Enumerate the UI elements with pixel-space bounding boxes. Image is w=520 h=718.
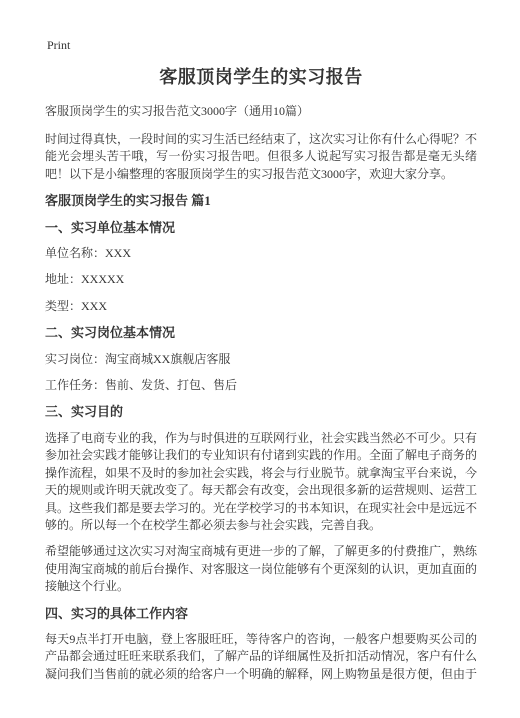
- body-paragraph: 单位名称：XXX: [45, 245, 477, 262]
- document-body: 时间过得真快，一段时间的实习生活已经结束了，这次实习让你有什么心得呢？不能光会埋…: [45, 131, 477, 683]
- body-paragraph: 实习岗位：淘宝商城XX旗舰店客服: [45, 351, 477, 368]
- body-paragraph: 时间过得真快，一段时间的实习生活已经结束了，这次实习让你有什么心得呢？不能光会埋…: [45, 131, 477, 183]
- section-heading: 三、实习目的: [45, 403, 477, 420]
- section-heading: 二、实习岗位基本情况: [45, 324, 477, 341]
- body-paragraph: 选择了电商专业的我，作为与时俱进的互联网行业，社会实践当然必不可少。只有参加社会…: [45, 430, 477, 534]
- section-heading: 四、实习的具体工作内容: [45, 605, 477, 622]
- section-heading: 一、实习单位基本情况: [45, 219, 477, 236]
- section-heading: 客服顶岗学生的实习报告 篇1: [45, 192, 477, 209]
- document-page: Print 客服顶岗学生的实习报告 客服顶岗学生的实习报告范文3000字（通用1…: [0, 0, 520, 718]
- body-paragraph: 工作任务：售前、发货、打包、售后: [45, 377, 477, 394]
- body-paragraph: 地址：XXXXX: [45, 271, 477, 288]
- page-title: 客服顶岗学生的实习报告: [45, 65, 477, 90]
- document-subtitle: 客服顶岗学生的实习报告范文3000字（通用10篇）: [45, 103, 477, 120]
- body-paragraph: 希望能够通过这次实习对淘宝商城有更进一步的了解，了解更多的付费推广，熟练使用淘宝…: [45, 543, 477, 595]
- body-paragraph: 类型：XXX: [45, 298, 477, 315]
- body-paragraph: 每天9点半打开电脑，登上客服旺旺，等待客户的咨询，一般客户想要购买公司的产品都会…: [45, 631, 477, 683]
- print-button[interactable]: Print: [47, 38, 70, 52]
